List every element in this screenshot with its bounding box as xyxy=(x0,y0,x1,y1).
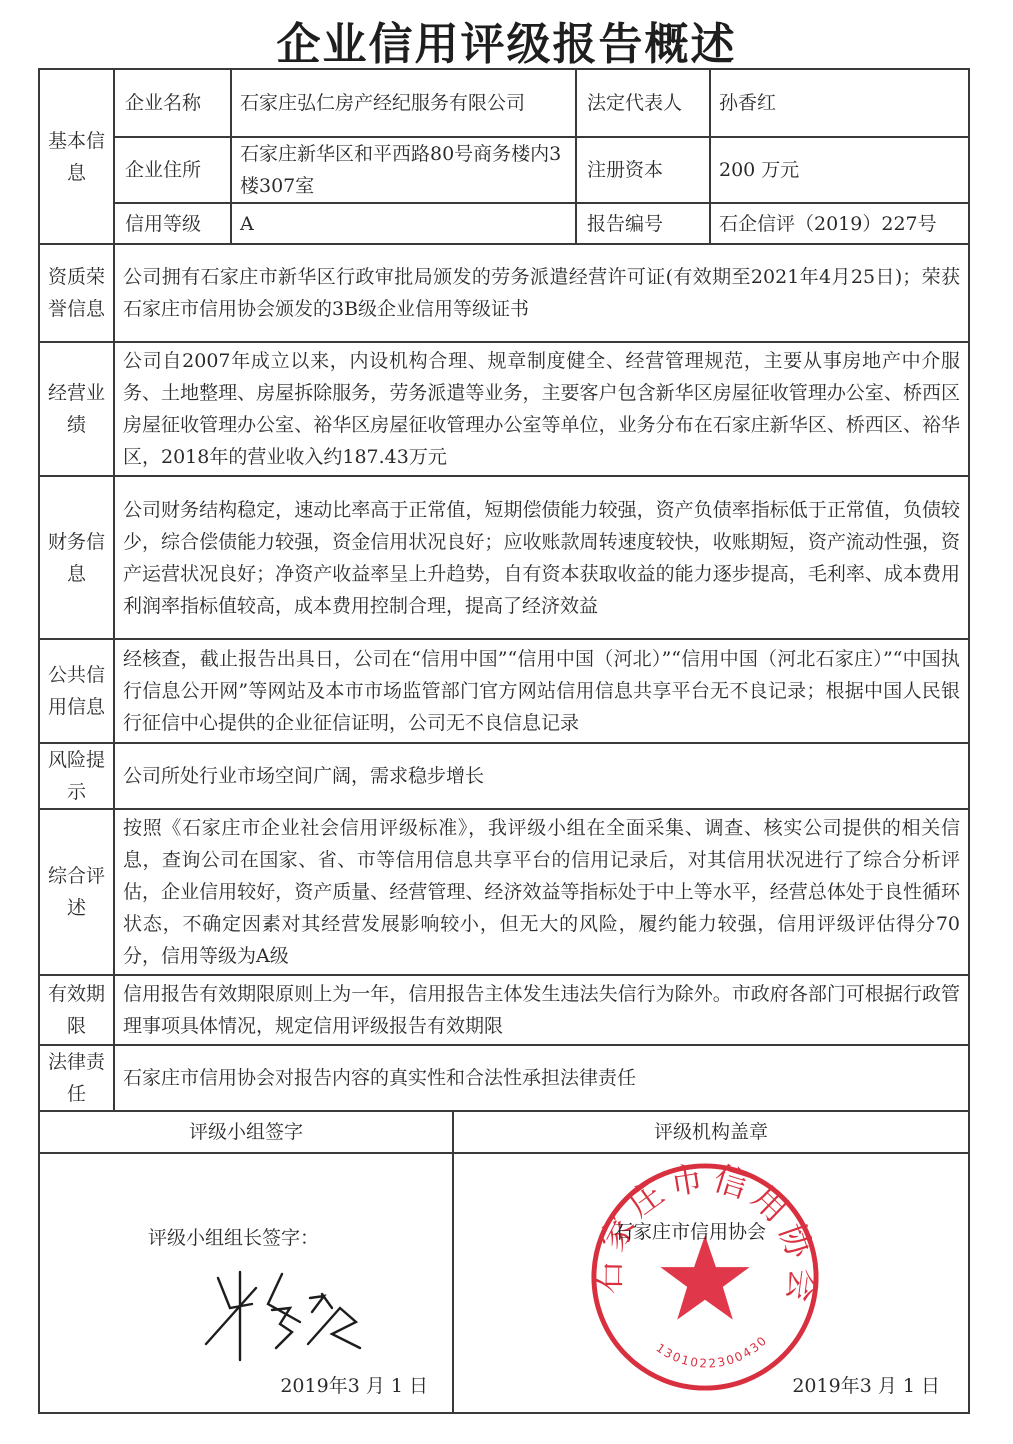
section-row: 公共信用信息 经核查，截止报告出具日，公司在“信用中国”“信用中国（河北）”“信… xyxy=(39,639,969,743)
section-label-basic: 基本信息 xyxy=(39,69,114,244)
report-number: 石企信评（2019）227号 xyxy=(710,203,969,244)
section-label: 资质荣誉信息 xyxy=(39,244,114,342)
field-label: 信用等级 xyxy=(114,203,231,244)
section-label: 经营业绩 xyxy=(39,342,114,476)
team-sign-date: 2019年3 月 1 日 xyxy=(280,1370,428,1402)
section-label: 法律责任 xyxy=(39,1045,114,1111)
section-label: 风险提示 xyxy=(39,743,114,809)
company-address: 石家庄新华区和平西路80号商务楼内3楼307室 xyxy=(231,137,576,203)
section-label: 财务信息 xyxy=(39,476,114,639)
team-signature-cell: 评级小组组长签字： 2019年3 月 1 日 xyxy=(39,1153,453,1413)
section-text: 信用报告有效期限原则上为一年，信用报告主体发生违法失信行为除外。市政府各部门可根… xyxy=(114,975,969,1045)
section-row: 有效期限 信用报告有效期限原则上为一年，信用报告主体发生违法失信行为除外。市政府… xyxy=(39,975,969,1045)
basic-row-name: 基本信息 企业名称 石家庄弘仁房产经纪服务有限公司 法定代表人 孙香红 xyxy=(39,69,969,137)
section-row: 法律责任 石家庄市信用协会对报告内容的真实性和合法性承担法律责任 xyxy=(39,1045,969,1111)
field-label: 注册资本 xyxy=(576,137,710,203)
org-seal-date: 2019年3 月 1 日 xyxy=(792,1370,940,1402)
company-name: 石家庄弘仁房产经纪服务有限公司 xyxy=(231,69,576,137)
document-title: 企业信用评级报告概述 xyxy=(0,8,1013,72)
field-label: 报告编号 xyxy=(576,203,710,244)
field-label: 企业住所 xyxy=(114,137,231,203)
handwritten-signature-icon xyxy=(200,1264,370,1364)
field-label: 法定代表人 xyxy=(576,69,710,137)
rating-org-seal-header: 评级机构盖章 xyxy=(453,1111,969,1153)
svg-text:1301022300430: 1301022300430 xyxy=(654,1333,771,1371)
leader-sign-label: 评级小组组长签字： xyxy=(148,1222,319,1254)
official-seal-icon: 石家庄市信用协会 1301022300430 xyxy=(586,1158,824,1396)
section-row: 经营业绩 公司自2007年成立以来，内设机构合理、规章制度健全、经营管理规范，主… xyxy=(39,342,969,476)
section-text: 公司拥有石家庄市新华区行政审批局颁发的劳务派遣经营许可证(有效期至2021年4月… xyxy=(114,244,969,342)
org-seal-cell: 石家庄市信用协会 1301022300430 石家庄市信用协会 2019年3 月… xyxy=(453,1153,969,1413)
section-text: 公司财务结构稳定，速动比率高于正常值，短期偿债能力较强，资产负债率指标低于正常值… xyxy=(114,476,969,639)
section-row: 综合评述 按照《石家庄市企业社会信用评级标准》，我评级小组在全面采集、调查、核实… xyxy=(39,809,969,975)
section-row: 资质荣誉信息 公司拥有石家庄市新华区行政审批局颁发的劳务派遣经营许可证(有效期至… xyxy=(39,244,969,342)
section-text: 按照《石家庄市企业社会信用评级标准》，我评级小组在全面采集、调查、核实公司提供的… xyxy=(114,809,969,975)
signature-area-row: 评级小组组长签字： 2019年3 月 1 日 xyxy=(39,1153,969,1413)
registered-capital: 200 万元 xyxy=(710,137,969,203)
field-label: 企业名称 xyxy=(114,69,231,137)
section-row: 财务信息 公司财务结构稳定，速动比率高于正常值，短期偿债能力较强，资产负债率指标… xyxy=(39,476,969,639)
section-label: 综合评述 xyxy=(39,809,114,975)
basic-row-address: 企业住所 石家庄新华区和平西路80号商务楼内3楼307室 注册资本 200 万元 xyxy=(39,137,969,203)
section-text: 经核查，截止报告出具日，公司在“信用中国”“信用中国（河北）”“信用中国（河北石… xyxy=(114,639,969,743)
section-text: 公司自2007年成立以来，内设机构合理、规章制度健全、经营管理规范，主要从事房地… xyxy=(114,342,969,476)
legal-rep: 孙香红 xyxy=(710,69,969,137)
signature-header-row: 评级小组签字 评级机构盖章 xyxy=(39,1111,969,1153)
report-table: 基本信息 企业名称 石家庄弘仁房产经纪服务有限公司 法定代表人 孙香红 企业住所… xyxy=(38,68,968,1414)
section-text: 石家庄市信用协会对报告内容的真实性和合法性承担法律责任 xyxy=(114,1045,969,1111)
section-row: 风险提示 公司所处行业市场空间广阔，需求稳步增长 xyxy=(39,743,969,809)
credit-grade: A xyxy=(231,203,576,244)
rating-org-name: 石家庄市信用协会 xyxy=(614,1216,766,1248)
section-label: 有效期限 xyxy=(39,975,114,1045)
rating-team-sign-header: 评级小组签字 xyxy=(39,1111,453,1153)
basic-row-rating: 信用等级 A 报告编号 石企信评（2019）227号 xyxy=(39,203,969,244)
section-text: 公司所处行业市场空间广阔，需求稳步增长 xyxy=(114,743,969,809)
section-label: 公共信用信息 xyxy=(39,639,114,743)
